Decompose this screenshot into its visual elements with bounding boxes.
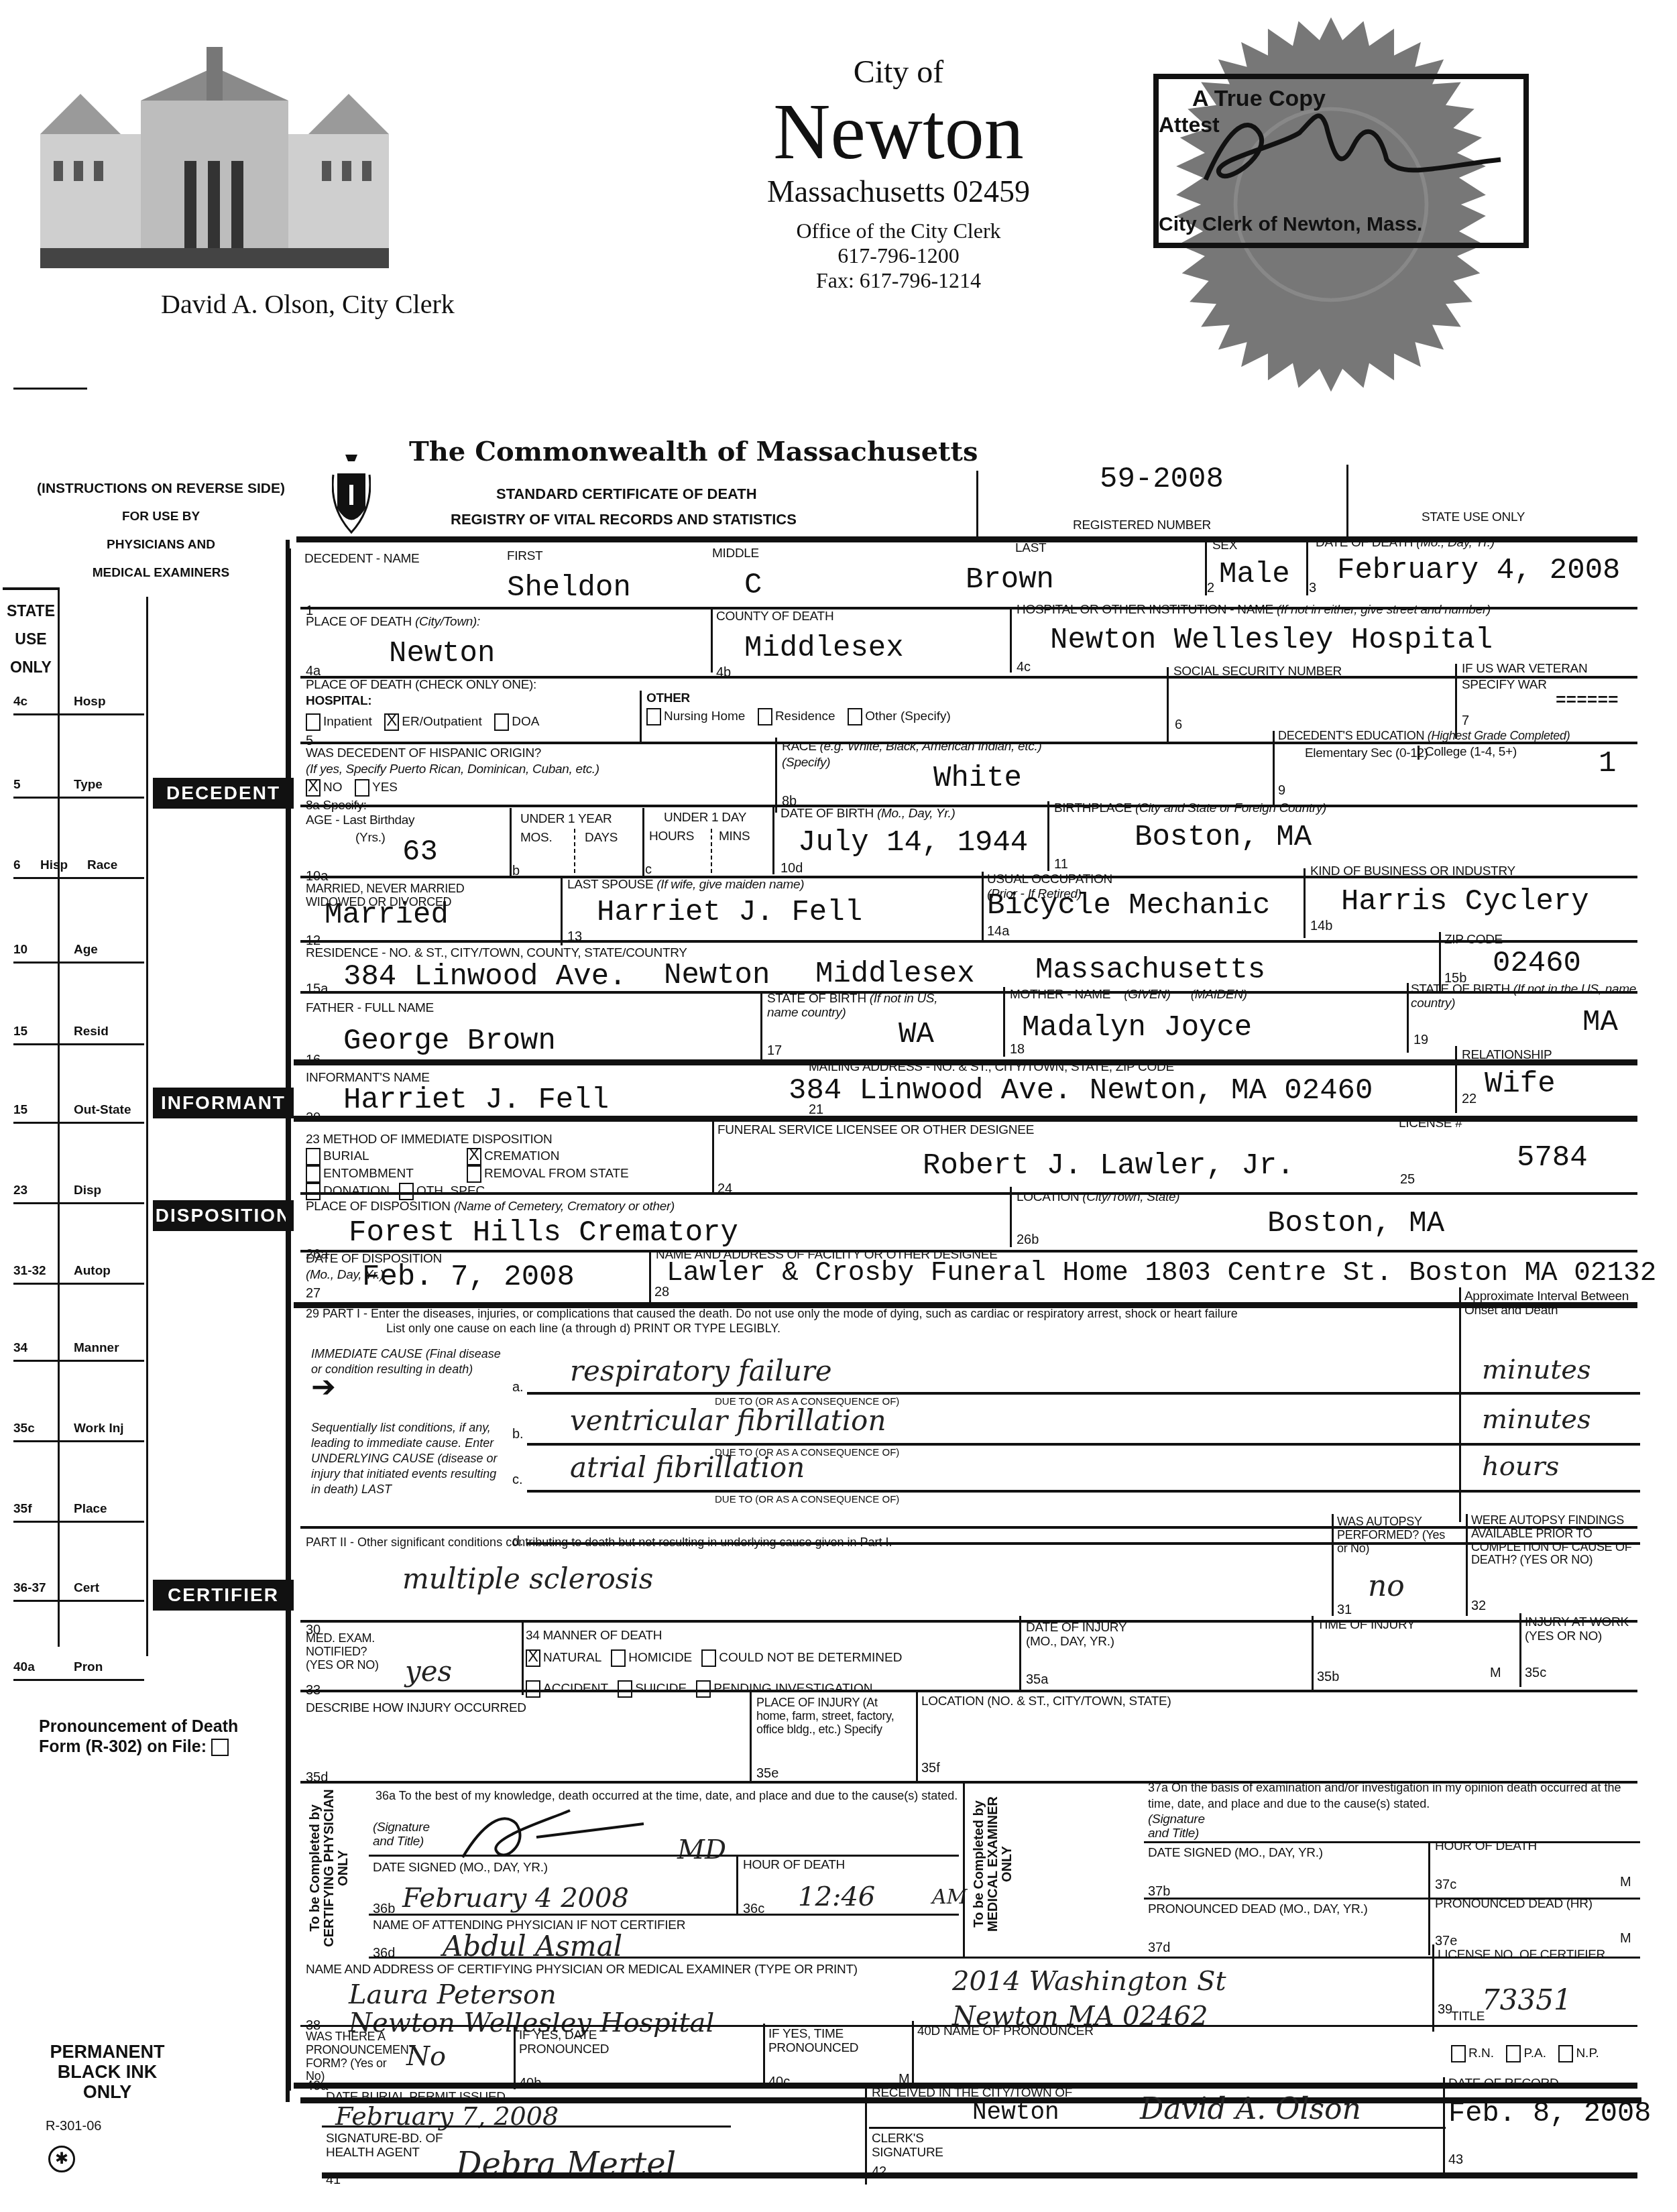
pronouncement-form-value[interactable]: No <box>406 2041 446 2072</box>
instructions-note: (INSTRUCTIONS ON REVERSE SIDE) <box>13 475 308 503</box>
city-of-label: City of <box>630 54 1167 91</box>
months-label: MOS. <box>520 831 552 846</box>
state-use-only-label: STATE USE ONLY <box>1422 511 1525 525</box>
examiner-hour-label: HOUR OF DEATH <box>1435 1840 1537 1854</box>
office-fax: Fax: 617-796-1214 <box>630 268 1167 293</box>
manner-label: 34 MANNER OF DEATH <box>526 1629 662 1643</box>
residence-label: RESIDENCE - NO. & ST., CITY/TOWN, COUNTY… <box>306 947 687 961</box>
days-label: DAYS <box>585 831 618 846</box>
cause-c-value[interactable]: atrial fibrillation <box>570 1451 805 1484</box>
section-disposition: DISPOSITION <box>153 1200 294 1231</box>
occupation-label: USUAL OCCUPATION <box>987 873 1112 887</box>
doa-checkbox[interactable] <box>494 713 509 731</box>
race-label: RACE (e.g. White, Black, American Indian… <box>782 740 1042 754</box>
disposition-date-value[interactable]: Feb. 7, 2008 <box>362 1261 575 1294</box>
pronouncement-note-1: Pronouncement of Death <box>39 1716 238 1737</box>
cremation-checkbox[interactable] <box>467 1148 481 1165</box>
pronounced-date-label: IF YES, DATE PRONOUNCED <box>519 2029 620 2057</box>
entombment-checkbox[interactable] <box>306 1165 321 1183</box>
pa-checkbox[interactable] <box>1506 2045 1521 2062</box>
father-sob-value[interactable]: WA <box>899 1018 934 1051</box>
education-elementary-label: Elementary Sec (0-12) <box>1305 747 1428 761</box>
removal-checkbox[interactable] <box>467 1165 481 1183</box>
race-specify-label: (Specify) <box>782 756 830 770</box>
hospital-options: Inpatient ER/Outpatient DOA <box>306 713 548 731</box>
facility-value[interactable]: Lawler & Crosby Funeral Home 1803 Centre… <box>667 1258 1656 1289</box>
ssn-label: SOCIAL SECURITY NUMBER <box>1173 665 1342 679</box>
father-sob-label: STATE OF BIRTH (If not in US, name count… <box>767 992 968 1021</box>
race-value[interactable]: White <box>933 762 1022 795</box>
permanent-ink-2: BLACK INK ONLY <box>40 2062 174 2102</box>
last-name-label: LAST <box>1015 542 1046 556</box>
hospital-group-label: HOSPITAL: <box>306 695 371 709</box>
pronouncement-note-2: Form (R-302) on File: <box>39 1737 207 1756</box>
interval-c-value[interactable]: hours <box>1482 1451 1559 1482</box>
registered-number-label: REGISTERED NUMBER <box>1073 519 1211 533</box>
last-name-value[interactable]: Brown <box>966 563 1054 597</box>
place-of-death-label: PLACE OF DEATH (City/Town): <box>306 616 480 630</box>
birthplace-label: BIRTHPLACE (City and State or Foreign Co… <box>1054 802 1326 816</box>
pronounced-dead-hr-label: PRONOUNCED DEAD (Hr) <box>1435 1898 1593 1912</box>
injury-location-label: LOCATION (No. & St., City/Town, State) <box>921 1695 1171 1709</box>
me-notified-label: MED. EXAM. NOTIFIED? (Yes or No) <box>306 1632 380 1672</box>
interval-label: Approximate Interval Between Onset and D… <box>1464 1290 1632 1318</box>
clerk-signature-label: CLERK'S SIGNATURE <box>872 2132 952 2160</box>
immediate-cause-label: IMMEDIATE CAUSE (Final disease or condit… <box>311 1346 506 1397</box>
for-use-line-1: FOR USE BY <box>13 503 308 531</box>
age-unit-label: (Yrs.) <box>355 831 386 846</box>
disposition-place-value[interactable]: Forest Hills Crematory <box>349 1216 738 1250</box>
autopsy-findings-label: WERE AUTOPSY FINDINGS AVAILABLE PRIOR TO… <box>1471 1514 1639 1567</box>
disposition-location-label: LOCATION (City/Town, State) <box>1017 1191 1179 1205</box>
residence-city[interactable]: Newton <box>664 959 770 992</box>
section-informant: INFORMANT <box>153 1088 294 1118</box>
attest-clerk-title: City Clerk of Newton, Mass. <box>1159 213 1422 236</box>
county-value[interactable]: Middlesex <box>744 632 904 665</box>
marital-value[interactable]: Married <box>325 898 449 932</box>
place-type-label: PLACE OF DEATH (Check only one): <box>306 679 536 693</box>
medical-examiner-only-sidebar: To be Completed by MEDICAL EXAMINER ONLY <box>972 1784 1015 1944</box>
part2-label: PART II - Other significant conditions c… <box>306 1535 892 1550</box>
part1-instructions: 29 PART I - Enter the diseases, injuries… <box>306 1306 1459 1336</box>
autopsy-value[interactable]: no <box>1368 1569 1405 1603</box>
disposition-location-value[interactable]: Boston, MA <box>1267 1207 1444 1240</box>
injury-place-label: PLACE OF INJURY (At home, farm, street, … <box>756 1696 897 1736</box>
attest-stamp: A True Copy Attest City Clerk of Newton,… <box>1153 74 1529 248</box>
spouse-label: LAST SPOUSE (If wife, give maiden name) <box>567 878 804 892</box>
education-label: DECEDENT'S EDUCATION (Highest Grade Comp… <box>1278 730 1570 743</box>
city-hall-illustration <box>40 47 389 275</box>
funeral-director-label: FUNERAL SERVICE LICENSEE OR OTHER DESIGN… <box>717 1124 1034 1138</box>
county-label: COUNTY OF DEATH <box>716 610 833 624</box>
other-options: Nursing Home Residence Other (Specify) <box>646 708 960 725</box>
disposition-method-label: 23 METHOD OF IMMEDIATE DISPOSITION <box>306 1133 552 1147</box>
zip-value[interactable]: 02460 <box>1493 947 1581 980</box>
decedent-name-label: DECEDENT - NAME <box>304 552 419 567</box>
father-value[interactable]: George Brown <box>343 1025 556 1058</box>
cause-b-value[interactable]: ventricular fibrillation <box>570 1404 886 1437</box>
mother-value[interactable]: Madalyn Joyce <box>1022 1011 1252 1045</box>
section-certifier: CERTIFIER <box>153 1580 294 1611</box>
mother-label: MOTHER - NAME (GIVEN) (MAIDEN) <box>1010 988 1247 1002</box>
other-place-checkbox[interactable] <box>848 708 862 725</box>
injury-at-work-label: INJURY AT WORK (Yes or No) <box>1525 1616 1639 1644</box>
license-value[interactable]: 5784 <box>1517 1141 1588 1175</box>
hispanic-yes-checkbox[interactable] <box>355 779 369 797</box>
examiner-statement: 37a On the basis of examination and/or i… <box>1148 1780 1644 1812</box>
hour-of-death-suffix[interactable]: AM <box>932 1885 967 1909</box>
relationship-label: RELATIONSHIP <box>1462 1049 1552 1063</box>
education-college-label: College (1-4, 5+) <box>1418 746 1517 760</box>
residence-checkbox[interactable] <box>758 708 772 725</box>
commonwealth-title: The Commonwealth of Massachusetts <box>409 436 978 467</box>
under-day-label: UNDER 1 DAY <box>664 811 746 825</box>
part2-value[interactable]: multiple sclerosis <box>402 1562 653 1595</box>
office-name: Office of the City Clerk <box>630 219 1167 243</box>
age-label: AGE - Last Birthday <box>306 814 414 828</box>
father-label: FATHER - FULL NAME <box>306 1002 434 1016</box>
arrow-right-icon: ➔ <box>311 1377 506 1397</box>
education-value[interactable]: 1 <box>1599 747 1616 780</box>
examiner-signature-label: (Signature and Title) <box>1148 1813 1215 1841</box>
under-year-label: UNDER 1 YEAR <box>520 813 612 827</box>
other-group-label: OTHER <box>646 692 690 706</box>
certifier-name-label: NAME AND ADDRESS OF CERTIFYING PHYSICIAN… <box>306 1963 858 1977</box>
certifier-name-value[interactable]: Laura Peterson <box>349 1979 557 2010</box>
hispanic-no-checkbox[interactable] <box>306 779 321 797</box>
registry-title: REGISTRY OF VITAL RECORDS AND STATISTICS <box>451 511 797 528</box>
certifier-street-value[interactable]: 2014 Washington St <box>952 1966 1226 1997</box>
hispanic-label: WAS DECEDENT OF HISPANIC ORIGIN? <box>306 747 541 761</box>
for-use-line-2: PHYSICIANS AND <box>13 531 308 559</box>
registered-number: 59-2008 <box>1100 463 1224 496</box>
veteran-value[interactable]: ====== <box>1556 691 1619 711</box>
informant-address-label: MAILING ADDRESS - NO. & ST., CITY/TOWN, … <box>809 1061 1174 1075</box>
pronouncer-name-label: 40d NAME OF PRONOUNCER <box>917 2025 1094 2039</box>
spouse-value[interactable]: Harriet J. Fell <box>597 896 862 929</box>
natural-checkbox[interactable] <box>526 1649 540 1667</box>
occupation-value[interactable]: Bicycle Mechanic <box>987 889 1270 923</box>
hour-of-death-value[interactable]: 12:46 <box>798 1881 875 1912</box>
commonwealth-seal-icon <box>332 448 371 535</box>
hispanic-hint: (If yes, Specify Puerto Rican, Dominican… <box>306 763 599 777</box>
undetermined-checkbox[interactable] <box>701 1649 716 1667</box>
homicide-checkbox[interactable] <box>611 1649 626 1667</box>
first-name-value[interactable]: Sheldon <box>507 571 631 605</box>
date-of-death-value[interactable]: February 4, 2008 <box>1337 554 1620 587</box>
pronouncement-on-file-checkbox[interactable] <box>211 1739 229 1756</box>
pronouncer-title-label: TITLE <box>1451 2010 1485 2024</box>
certifier-license-label: LICENSE NO. OF CERTIFIER <box>1438 1948 1605 1963</box>
clerk-signature-attest <box>1186 93 1507 200</box>
np-checkbox[interactable] <box>1558 2045 1573 2062</box>
hispanic-options: NO YES <box>306 779 407 797</box>
hour-of-death-label: HOUR OF DEATH <box>743 1859 845 1873</box>
license-label: LICENSE # <box>1399 1117 1462 1131</box>
date-of-record-label: DATE OF RECORD <box>1448 2077 1558 2091</box>
relationship-value[interactable]: Wife <box>1485 1067 1556 1101</box>
mins-label: MINS <box>719 830 750 844</box>
pronouncement-form-label: WAS THERE A PRONOUNCEMENT FORM? (Yes or … <box>306 2030 406 2083</box>
office-phone: 617-796-1200 <box>630 243 1167 268</box>
sex-label: SEX <box>1212 539 1237 553</box>
interval-b-value[interactable]: minutes <box>1482 1404 1591 1435</box>
physician-signature-label: (Signature and Title) <box>373 1821 440 1849</box>
middle-name-value[interactable]: C <box>744 569 762 602</box>
cause-a-value[interactable]: respiratory failure <box>570 1354 832 1387</box>
inpatient-checkbox[interactable] <box>306 713 321 731</box>
date-of-death-label: DATE OF DEATH (Mo., Day, Yr.) <box>1316 536 1495 550</box>
health-agent-label: SIGNATURE-BD. OF HEALTH AGENT <box>326 2132 447 2160</box>
burial-checkbox[interactable] <box>306 1148 321 1165</box>
zip-label: ZIP CODE <box>1444 933 1503 947</box>
me-notified-value[interactable]: yes <box>405 1655 452 1688</box>
age-value[interactable]: 63 <box>402 835 438 869</box>
for-use-line-3: MEDICAL EXAMINERS <box>13 559 308 587</box>
veteran-label: IF US WAR VETERAN <box>1462 662 1587 677</box>
union-bug-icon: ✱ <box>48 2146 75 2172</box>
city-clerk-name: David A. Olson, City Clerk <box>161 288 455 320</box>
certificate-title: STANDARD CERTIFICATE OF DEATH <box>496 485 757 503</box>
received-value[interactable]: Newton <box>972 2099 1059 2126</box>
autopsy-label: WAS AUTOPSY PERFORMED? (Yes or No) <box>1337 1515 1458 1555</box>
certifier-license-value[interactable]: 73351 <box>1482 1983 1572 2016</box>
physician-title-value[interactable]: MD <box>677 1835 726 1865</box>
business-label: KIND OF BUSINESS OR INDUSTRY <box>1310 865 1515 879</box>
er-outpatient-checkbox[interactable] <box>384 713 399 731</box>
hospital-value[interactable]: Newton Wellesley Hospital <box>1050 624 1493 657</box>
physician-only-sidebar: To be Completed by CERTIFYING PHYSICIAN … <box>308 1781 351 1955</box>
section-decedent: DECEDENT <box>153 778 294 809</box>
injury-time-label: TIME OF INJURY <box>1317 1619 1415 1633</box>
birthplace-value[interactable]: Boston, MA <box>1135 821 1312 854</box>
first-name-label: FIRST <box>507 550 542 564</box>
funeral-director-value[interactable]: Robert J. Lawler, Jr. <box>923 1149 1295 1183</box>
physician-signature <box>456 1797 657 1871</box>
examiner-date-signed-label: DATE SIGNED (Mo., Day, Yr.) <box>1148 1847 1323 1861</box>
date-signed-label: DATE SIGNED (Mo., Day, Yr.) <box>373 1861 548 1875</box>
veteran-specify-label: SPECIFY WAR <box>1462 679 1547 693</box>
injury-date-label: DATE OF INJURY (Mo., Day, Yr.) <box>1026 1621 1153 1649</box>
injury-describe-label: DESCRIBE HOW INJURY OCCURRED <box>306 1702 526 1716</box>
place-of-death-value[interactable]: Newton <box>389 637 495 671</box>
business-value[interactable]: Harris Cyclery <box>1341 885 1589 919</box>
residence-county[interactable]: Middlesex <box>815 957 975 991</box>
informant-name-value[interactable]: Harriet J. Fell <box>343 1084 609 1117</box>
residence-street[interactable]: 384 Linwood Ave. <box>343 960 626 994</box>
sex-value[interactable]: Male <box>1219 558 1290 591</box>
form-number: R-301-06 <box>46 2119 101 2134</box>
state-zip: Massachusetts 02459 <box>630 174 1167 209</box>
sequential-cause-label: Sequentially list conditions, if any, le… <box>311 1420 506 1497</box>
hospital-label: HOSPITAL OR OTHER INSTITUTION - Name (If… <box>1017 603 1491 618</box>
hours-label: HOURS <box>649 830 694 844</box>
city-name: Newton <box>630 91 1167 174</box>
dob-label: DATE OF BIRTH (Mo., Day, Yr.) <box>780 807 956 821</box>
nursing-home-checkbox[interactable] <box>646 708 661 725</box>
disposition-place-label: PLACE OF DISPOSITION (Name of Cemetery, … <box>306 1200 675 1214</box>
pronouncer-title-options: R.N. P.A. N.P. <box>1451 2045 1609 2062</box>
permanent-ink-1: PERMANENT <box>40 2042 174 2062</box>
mother-sob-value[interactable]: MA <box>1582 1006 1618 1039</box>
interval-a-value[interactable]: minutes <box>1482 1354 1591 1385</box>
date-of-record-value[interactable]: Feb. 8, 2008 <box>1448 2097 1651 2130</box>
state-use-box: STATE USE ONLY <box>3 587 59 681</box>
informant-address-value[interactable]: 384 Linwood Ave. Newton, MA 02460 <box>789 1074 1373 1108</box>
dob-value[interactable]: July 14, 1944 <box>798 826 1028 860</box>
residence-state[interactable]: Massachusetts <box>1035 953 1265 987</box>
clerk-signature-value[interactable]: David A. Olson <box>1140 2092 1361 2126</box>
pronounced-time-label: IF YES, TIME PRONOUNCED <box>768 2028 869 2056</box>
date-signed-value[interactable]: February 4 2008 <box>402 1883 629 1914</box>
pronounced-dead-label: PRONOUNCED DEAD (Mo., Day, Yr.) <box>1148 1903 1367 1917</box>
middle-name-label: MIDDLE <box>712 547 759 561</box>
rn-checkbox[interactable] <box>1451 2045 1466 2062</box>
